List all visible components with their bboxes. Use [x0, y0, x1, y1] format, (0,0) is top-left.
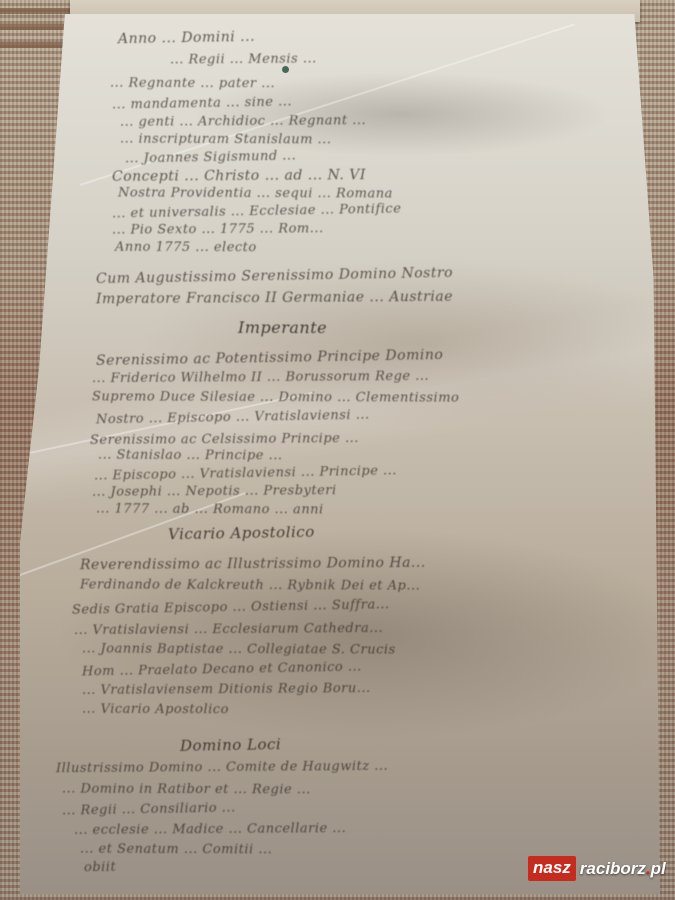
manuscript-line: Concepti ... Christo ... ad ... N. VI [112, 167, 366, 185]
manuscript-line: ... mandamenta ... sine ... [112, 94, 292, 112]
manuscript-line: ... Regii ... Consiliario ... [62, 800, 236, 818]
manuscript-line: ... Friderico Wilhelmo II ... Borussorum… [92, 369, 429, 386]
manuscript-line: Anno 1775 ... electo [115, 240, 257, 255]
manuscript-line: Reverendissimo ac Illustrissimo Domino H… [80, 555, 426, 573]
manuscript-line: Nostra Providentia ... sequi ... Romana [118, 186, 393, 202]
manuscript-line: ... Josephi ... Nepotis ... Presbyteri [92, 483, 337, 500]
manuscript-line: ... Regnante ... pater ... [110, 76, 275, 92]
manuscript-line: ... 1777 ... ab ... Romano ... anni [96, 502, 324, 518]
manuscript-line: ... Vratislaviensem Ditionis Regio Boru.… [82, 681, 371, 698]
watermark-white-part: raciborz.pl [580, 859, 666, 879]
manuscript-line: Ferdinando de Kalckreuth ... Rybnik Dei … [80, 577, 420, 593]
watermark-red-part: nasz [528, 856, 576, 881]
manuscript-line: Illustrissimo Domino ... Comite de Haugw… [56, 759, 388, 776]
manuscript-line: Vicario Apostolico [168, 523, 315, 544]
manuscript-line: Anno ... Domini ... [118, 29, 255, 47]
manuscript-line: ... Vicario Apostolico [82, 702, 229, 718]
manuscript-line: ... Domino in Ratibor et ... Regie ... [62, 782, 311, 798]
manuscript-line: Imperatore Francisco II Germaniae ... Au… [96, 289, 453, 307]
fabric-stripe [0, 8, 80, 14]
manuscript-line: Imperante [238, 318, 327, 337]
manuscript-line: ... Joannes Sigismund ... [125, 149, 296, 167]
watermark-tld: pl [651, 859, 666, 878]
ink-stain [282, 66, 289, 73]
manuscript-line: ... et Senatum ... Comitii ... [80, 842, 272, 858]
manuscript-line: obiit [84, 860, 116, 876]
manuscript-line: ... genti ... Archidioc ... Regnant ... [120, 113, 366, 130]
manuscript-line: ... Pio Sexto ... 1775 ... Rom... [112, 221, 324, 237]
manuscript-line: ... Stanislao ... Principe ... [98, 448, 283, 464]
manuscript-line: ... inscripturam Stanislaum ... [120, 132, 332, 148]
manuscript-line: ... ecclesie ... Madice ... Cancellarie … [74, 821, 346, 838]
manuscript-line: Supremo Duce Silesiae ... Domino ... Cle… [92, 389, 459, 405]
manuscript-line: Domino Loci [180, 735, 282, 755]
manuscript-line: ... Regii ... Mensis ... [170, 51, 317, 67]
manuscript-line: ... Vratislaviensi ... Ecclesiarum Cathe… [74, 621, 383, 638]
manuscript-line: Serenissimo ac Celsissimo Principe ... [90, 431, 359, 448]
site-watermark: nasz raciborz.pl [528, 856, 666, 881]
watermark-name: raciborz [580, 859, 646, 878]
manuscript-line: ... Joannis Baptistae ... Collegiatae S.… [82, 641, 396, 657]
